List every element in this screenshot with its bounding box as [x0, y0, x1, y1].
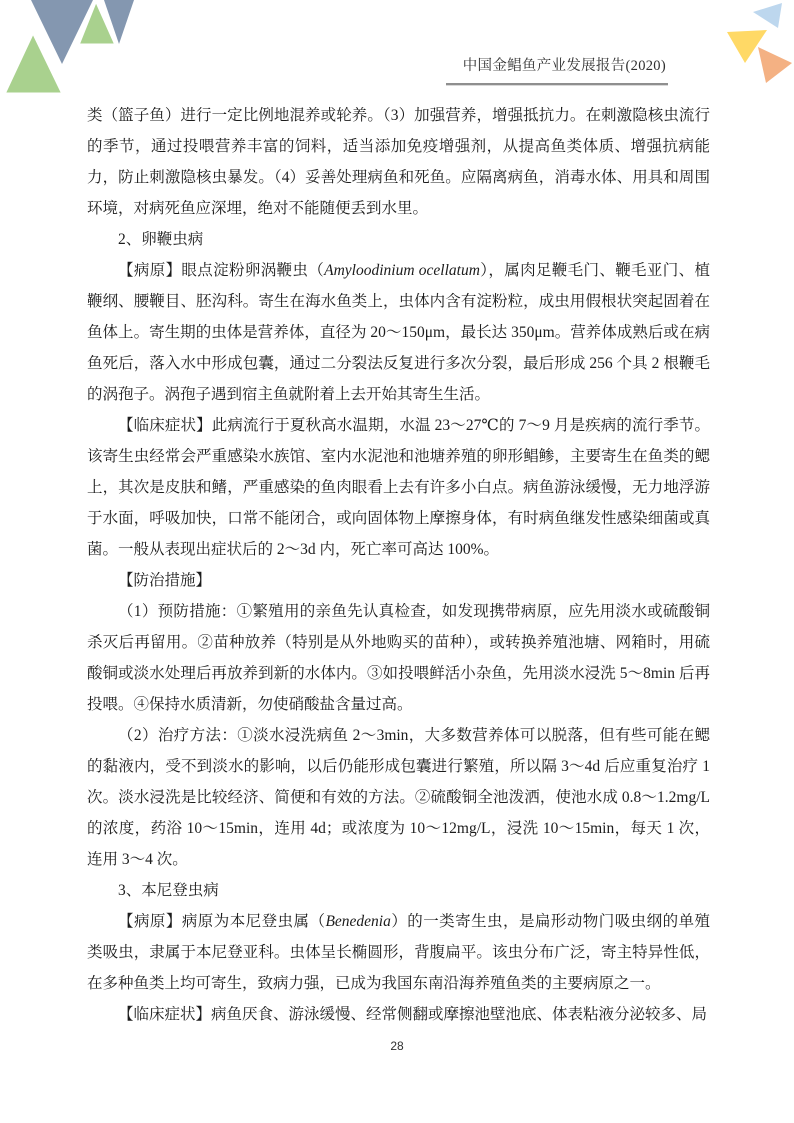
corner-decoration-triangles: [700, 0, 794, 110]
paragraph: 【病原】眼点淀粉卵涡鞭虫（Amyloodinium ocellatum），属肉足…: [87, 255, 710, 410]
text-run: （2）治疗方法：①淡水浸洗病鱼 2～3min，大多数营养体可以脱落，但有些可能在…: [87, 727, 710, 868]
paragraph: 【临床症状】病鱼厌食、游泳缓慢、经常侧翻或摩擦池壁池底、体表粘液分泌较多、局: [87, 999, 710, 1030]
text-run: 2、卵鞭虫病: [118, 231, 203, 248]
text-run: 3、本尼登虫病: [118, 882, 219, 899]
latin-species-name: Benedenia: [325, 913, 390, 930]
paragraph: （1）预防措施：①繁殖用的亲鱼先认真检查，如发现携带病原，应先用淡水或硫酸铜杀灭…: [87, 596, 710, 720]
report-title: 中国金鲳鱼产业发展报告(2020): [463, 54, 666, 75]
text-run: 【病原】眼点淀粉卵涡鞭虫（: [118, 262, 324, 279]
paragraph: 【防治措施】: [87, 565, 710, 596]
text-run: 类（篮子鱼）进行一定比例地混养或轮养。（3）加强营养，增强抵抗力。在刺激隐核虫流…: [87, 107, 710, 217]
paragraph: 【病原】病原为本尼登虫属（Benedenia）的一类寄生虫，是扁形动物门吸虫纲的…: [87, 906, 710, 999]
text-run: 【防治措施】: [118, 572, 211, 589]
page-number: 28: [0, 1039, 794, 1053]
deco-triangle-orange: [758, 47, 792, 83]
document-page: 中国金鲳鱼产业发展报告(2020) 类（篮子鱼）进行一定比例地混养或轮养。（3）…: [0, 0, 794, 1123]
text-run: 【临床症状】此病流行于夏秋高水温期，水温 23～27℃的 7～9 月是疾病的流行…: [87, 417, 710, 558]
section-heading: 3、本尼登虫病: [87, 875, 710, 906]
text-run: 【病原】病原为本尼登虫属（: [118, 913, 325, 930]
paragraph: （2）治疗方法：①淡水浸洗病鱼 2～3min，大多数营养体可以脱落，但有些可能在…: [87, 720, 710, 875]
latin-species-name: Amyloodinium ocellatum: [324, 262, 480, 279]
paragraph-continuation: 类（篮子鱼）进行一定比例地混养或轮养。（3）加强营养，增强抵抗力。在刺激隐核虫流…: [87, 100, 710, 224]
document-paragraphs: 类（篮子鱼）进行一定比例地混养或轮养。（3）加强营养，增强抵抗力。在刺激隐核虫流…: [87, 100, 710, 1030]
text-run: （1）预防措施：①繁殖用的亲鱼先认真检查，如发现携带病原，应先用淡水或硫酸铜杀灭…: [87, 603, 710, 713]
text-run: 【临床症状】病鱼厌食、游泳缓慢、经常侧翻或摩擦池壁池底、体表粘液分泌较多、局: [118, 1006, 707, 1023]
paragraph: 【临床症状】此病流行于夏秋高水温期，水温 23～27℃的 7～9 月是疾病的流行…: [87, 410, 710, 565]
section-heading: 2、卵鞭虫病: [87, 224, 710, 255]
deco-triangle-lightblue: [753, 3, 782, 28]
logo-triangles: [0, 0, 140, 100]
text-run: ），属肉足鞭毛门、鞭毛亚门、植鞭纲、腰鞭目、胚沟科。寄生在海水鱼类上，虫体内含有…: [87, 262, 710, 403]
header-rule: [446, 83, 668, 86]
